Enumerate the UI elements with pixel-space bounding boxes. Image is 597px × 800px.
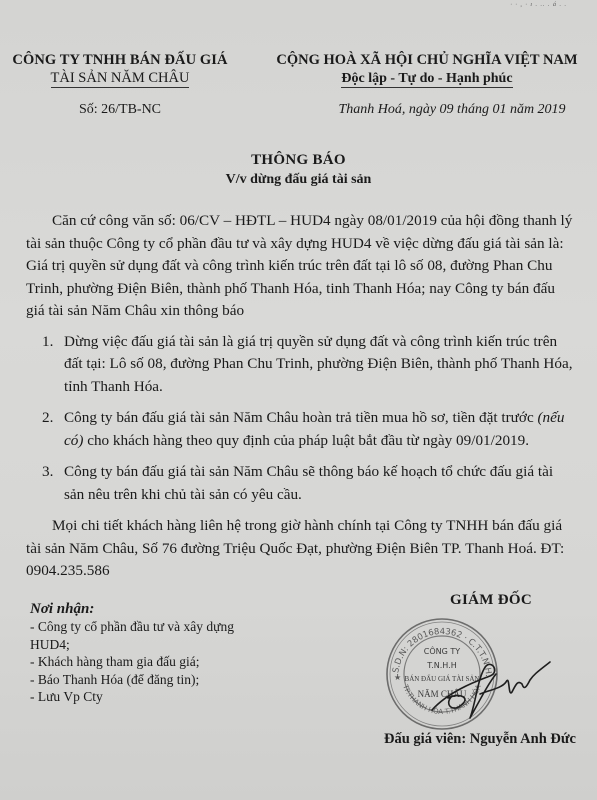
item-text-after: cho khách hàng theo quy định của pháp lu… (83, 432, 529, 449)
document-body: Căn cứ công văn số: 06/CV – HĐTL – HUD4 … (26, 210, 574, 583)
document-number: Số: 26/TB-NC (6, 102, 234, 118)
recipient-line: HUD4; (30, 636, 270, 654)
item-number: 2. (42, 407, 53, 430)
item-text-before: Công ty bán đấu giá tài sản Năm Châu hoà… (64, 409, 537, 426)
auctioneer-name: Đấu giá viên: Nguyễn Anh Đức (384, 731, 576, 748)
recipient-line: - Lưu Vp Cty (30, 688, 270, 706)
recipient-line: - Khách hàng tham gia đấu giá; (30, 653, 270, 671)
title-heading: THÔNG BÁO (0, 152, 597, 169)
handwritten-signature-icon (430, 640, 570, 730)
corner-note: · · , · ı . .. . á . . (510, 2, 567, 8)
intro-paragraph: Căn cứ công văn số: 06/CV – HĐTL – HUD4 … (26, 210, 574, 323)
recipient-line: - Báo Thanh Hóa (để đăng tin); (30, 671, 270, 689)
recipients-block: Nơi nhận: - Công ty cổ phần đầu tư và xâ… (30, 600, 270, 706)
nation-name: CỘNG HOÀ XÃ HỘI CHỦ NGHĨA VIỆT NAM (262, 52, 592, 69)
recipient-line: - Công ty cổ phần đầu tư và xây dựng (30, 618, 270, 636)
signer-role: GIÁM ĐỐC (450, 592, 532, 609)
item-number: 3. (42, 461, 53, 484)
national-motto: Độc lập - Tự do - Hạnh phúc (341, 70, 512, 88)
recipients-label: Nơi nhận: (30, 600, 270, 618)
item-text: Dừng việc đấu giá tài sản là giá trị quy… (64, 333, 573, 395)
place-date: Thanh Hoá, ngày 09 tháng 01 năm 2019 (262, 102, 592, 118)
issuer-header: CÔNG TY TNHH BÁN ĐẤU GIÁ TÀI SẢN NĂM CHÂ… (6, 52, 234, 118)
issuer-name-line1: CÔNG TY TNHH BÁN ĐẤU GIÁ (6, 52, 234, 69)
issuer-name-line2: TÀI SẢN NĂM CHÂU (51, 70, 190, 88)
notice-item-2: 2. Công ty bán đấu giá tài sản Năm Châu … (26, 407, 574, 452)
document-title: THÔNG BÁO V/v dừng đấu giá tài sản (0, 152, 597, 188)
national-header: CỘNG HOÀ XÃ HỘI CHỦ NGHĨA VIỆT NAM Độc l… (262, 52, 592, 118)
document-page: · · , · ı . .. . á . . CÔNG TY TNHH BÁN … (0, 0, 597, 800)
item-text: Công ty bán đấu giá tài sản Năm Châu sẽ … (64, 463, 553, 503)
title-subject: V/v dừng đấu giá tài sản (0, 172, 597, 188)
contact-paragraph: Mọi chi tiết khách hàng liên hệ trong gi… (26, 515, 574, 583)
notice-item-1: 1. Dừng việc đấu giá tài sản là giá trị … (26, 331, 574, 399)
item-number: 1. (42, 331, 53, 354)
notice-item-3: 3. Công ty bán đấu giá tài sản Năm Châu … (26, 461, 574, 506)
notice-items: 1. Dừng việc đấu giá tài sản là giá trị … (26, 331, 574, 507)
